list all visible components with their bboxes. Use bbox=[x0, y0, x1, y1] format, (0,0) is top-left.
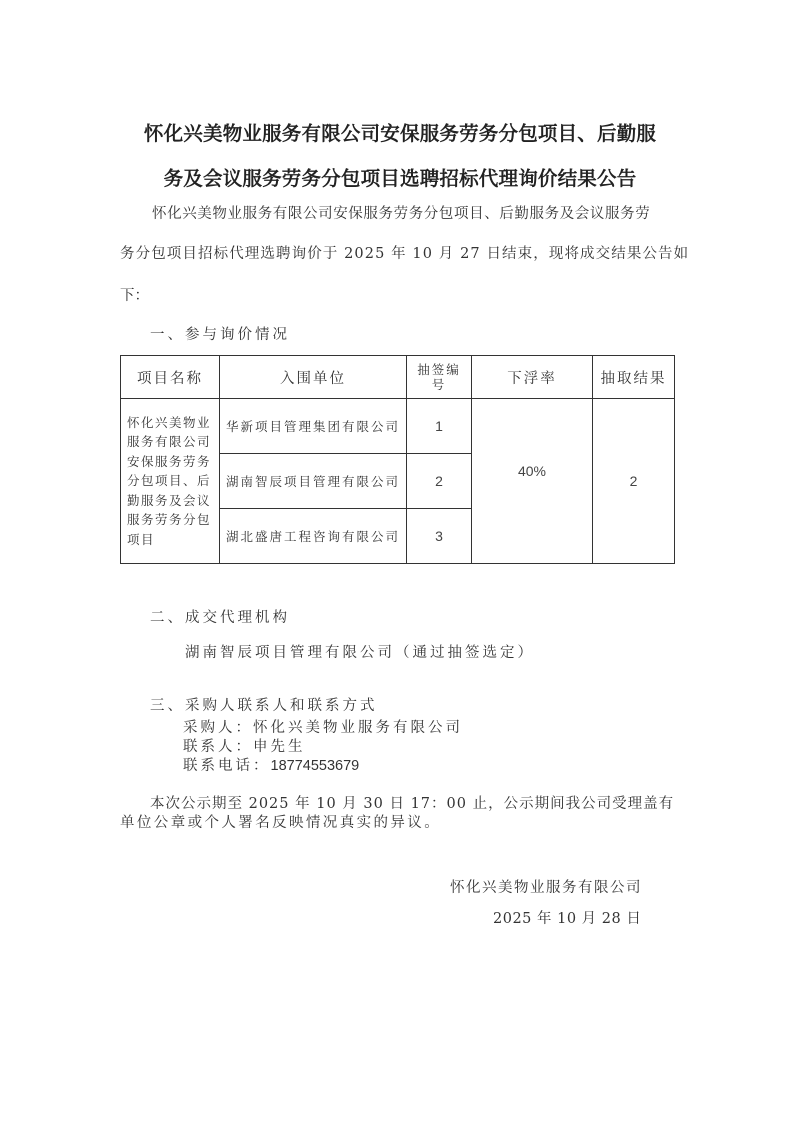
header-draw-number-line-2: 号 bbox=[407, 377, 471, 392]
document-page: 怀化兴美物业服务有限公司安保服务劳务分包项目、后勤服 务及会议服务劳务分包项目选… bbox=[0, 0, 793, 1122]
contact-person-line: 联系人：申先生 bbox=[183, 735, 306, 756]
project-name-cell: 怀化兴美物业服务有限公司安保服务劳务分包项目、后勤服务及会议服务劳务分包项目 bbox=[121, 399, 220, 564]
discount-rate-cell: 40% bbox=[472, 399, 593, 564]
unit-cell: 湖南智辰项目管理有限公司 bbox=[220, 454, 407, 509]
inquiry-participants-table: 项目名称 入围单位 抽签编 号 下浮率 抽取结果 怀化兴美物业服务有限公司安保服… bbox=[120, 355, 675, 564]
intro-paragraph-line-2: 务分包项目招标代理选聘询价于 2025 年 10 月 27 日结束，现将成交结果… bbox=[120, 242, 689, 263]
draw-number-cell: 2 bbox=[407, 454, 472, 509]
header-draw-number-line-1: 抽签编 bbox=[407, 362, 471, 377]
section-2-heading: 二、成交代理机构 bbox=[150, 606, 290, 627]
draw-number-cell: 3 bbox=[407, 509, 472, 564]
header-discount-rate: 下浮率 bbox=[472, 356, 593, 399]
document-title-line-1: 怀化兴美物业服务有限公司安保服务劳务分包项目、后勤服 bbox=[110, 118, 690, 146]
draw-number-cell: 1 bbox=[407, 399, 472, 454]
notice-line-1: 本次公示期至 2025 年 10 月 30 日 17：00 止，公示期间我公司受… bbox=[150, 792, 674, 813]
phone-line: 联系电话：18774553679 bbox=[183, 754, 359, 775]
contact-person-value: 申先生 bbox=[253, 739, 306, 755]
purchaser-line: 采购人：怀化兴美物业服务有限公司 bbox=[183, 716, 463, 737]
intro-paragraph-line-1: 怀化兴美物业服务有限公司安保服务劳务分包项目、后勤服务及会议服务劳 bbox=[152, 202, 650, 223]
header-draw-result: 抽取结果 bbox=[593, 356, 675, 399]
phone-value: 18774553679 bbox=[271, 758, 360, 774]
intro-paragraph-line-3: 下： bbox=[120, 284, 149, 305]
purchaser-label: 采购人： bbox=[183, 720, 253, 736]
signature-date: 2025 年 10 月 28 日 bbox=[493, 907, 641, 928]
discount-rate-value: 40% bbox=[518, 463, 546, 479]
section-1-heading: 一、参与询价情况 bbox=[150, 323, 290, 344]
selected-agency: 湖南智辰项目管理有限公司（通过抽签选定） bbox=[185, 641, 535, 662]
section-3-heading: 三、采购人联系人和联系方式 bbox=[150, 697, 378, 716]
header-shortlisted-unit: 入围单位 bbox=[220, 356, 407, 399]
notice-line-2: 单位公章或个人署名反映情况真实的异议。 bbox=[120, 811, 441, 832]
unit-cell: 华新项目管理集团有限公司 bbox=[220, 399, 407, 454]
header-project-name: 项目名称 bbox=[121, 356, 220, 399]
table-header-row: 项目名称 入围单位 抽签编 号 下浮率 抽取结果 bbox=[121, 356, 675, 399]
table-row: 怀化兴美物业服务有限公司安保服务劳务分包项目、后勤服务及会议服务劳务分包项目 华… bbox=[121, 399, 675, 454]
contact-person-label: 联系人： bbox=[183, 739, 253, 755]
unit-cell: 湖北盛唐工程咨询有限公司 bbox=[220, 509, 407, 564]
signature-company: 怀化兴美物业服务有限公司 bbox=[450, 876, 642, 897]
document-title-line-2: 务及会议服务劳务分包项目选聘招标代理询价结果公告 bbox=[110, 163, 690, 191]
draw-result-cell: 2 bbox=[593, 399, 675, 564]
phone-label: 联系电话： bbox=[183, 758, 271, 774]
purchaser-value: 怀化兴美物业服务有限公司 bbox=[253, 720, 463, 736]
header-draw-number: 抽签编 号 bbox=[407, 356, 472, 399]
